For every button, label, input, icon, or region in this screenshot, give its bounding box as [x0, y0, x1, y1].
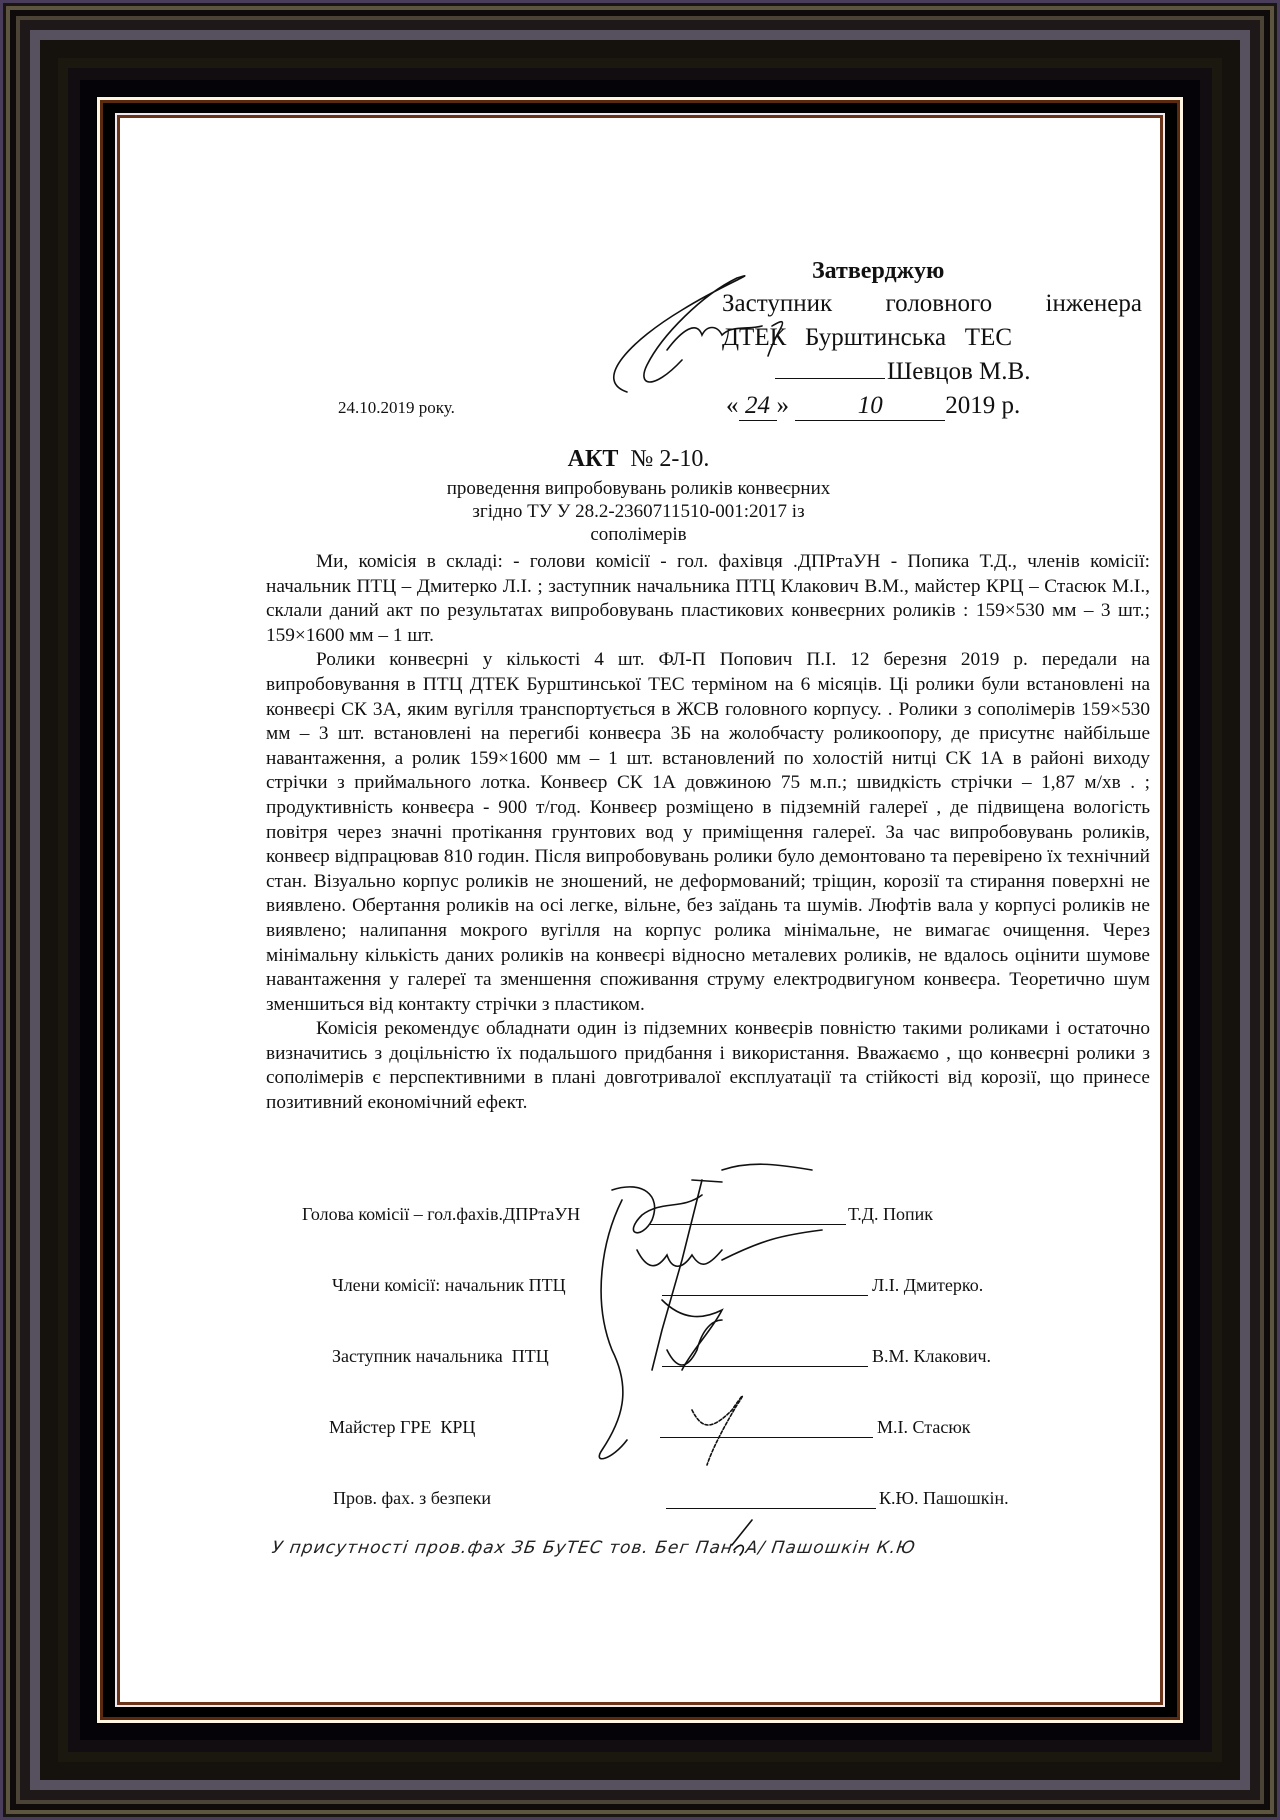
- approval-title: Затверджую: [812, 258, 944, 285]
- approval-date-day: 24: [739, 392, 777, 421]
- signature-name: Т.Д. Попик: [848, 1204, 933, 1225]
- signature-row: Голова комісії – гол.фахів.ДПРтаУН Т.Д. …: [302, 1204, 1122, 1230]
- act-subtitle-line: сополімерів: [122, 524, 1155, 546]
- act-paragraph: Ролики конвеєрні у кількості 4 шт. ФЛ-П …: [266, 648, 1150, 1017]
- handwritten-note: У присутності пров.фах ЗБ БуТЕС тов. Бег…: [271, 1538, 917, 1558]
- approval-date: «24» 102019 р.: [726, 392, 1020, 421]
- signature-role: Голова комісії – гол.фахів.ДПРтаУН: [302, 1204, 580, 1225]
- approval-position-word: інженера: [1046, 290, 1142, 318]
- signature-line: [666, 1508, 876, 1509]
- signature-line: [650, 1224, 846, 1225]
- act-title: АКТ № 2-10.: [122, 446, 1155, 473]
- signature-role: Майстер ГРЕ КРЦ: [329, 1417, 475, 1438]
- act-date: 24.10.2019 року.: [338, 398, 455, 418]
- signature-row: Майстер ГРЕ КРЦ М.І. Стасюк: [329, 1417, 1149, 1443]
- approval-position: Заступник головного інженера: [722, 290, 1142, 318]
- act-paragraph: Ми, комісія в складі: - голови комісії -…: [266, 550, 1150, 648]
- act-paragraph: Комісія рекомендує обладнати один із під…: [266, 1017, 1150, 1115]
- signature-row: Пров. фах. з безпеки К.Ю. Пашошкін.: [333, 1488, 1153, 1514]
- act-body: Ми, комісія в складі: - голови комісії -…: [266, 550, 1150, 1116]
- approval-signatory: Шевцов М.В.: [887, 358, 1030, 385]
- act-subtitle-line: згідно ТУ У 28.2-2360711510-001:2017 із: [122, 501, 1155, 523]
- approval-signatory-line: Шевцов М.В.: [775, 358, 1030, 386]
- approval-position-word: головного: [886, 290, 993, 318]
- approval-date-year: 2019 р.: [945, 392, 1020, 419]
- signature-row: Члени комісії: начальник ПТЦ Л.І. Дмитер…: [332, 1275, 1152, 1301]
- signature-line: [775, 378, 885, 379]
- signature-name: М.І. Стасюк: [877, 1417, 971, 1438]
- signature-role: Пров. фах. з безпеки: [333, 1488, 491, 1509]
- signature-name: В.М. Клакович.: [872, 1346, 991, 1367]
- signature-line: [660, 1437, 873, 1438]
- signature-line: [662, 1366, 868, 1367]
- approval-organization: ДТЕК Бурштинська ТЕС: [722, 324, 1012, 352]
- document-page: Затверджую Заступник головного інженера …: [122, 120, 1155, 1700]
- act-subtitle-line: проведення випробовувань роликів конвеєр…: [122, 478, 1155, 500]
- signature-role: Заступник начальника ПТЦ: [332, 1346, 549, 1367]
- signature-row: Заступник начальника ПТЦ В.М. Клакович.: [332, 1346, 1152, 1372]
- act-title-label: АКТ: [568, 446, 619, 472]
- signature-role: Члени комісії: начальник ПТЦ: [332, 1275, 566, 1296]
- signature-name: Л.І. Дмитерко.: [872, 1275, 983, 1296]
- approval-position-word: Заступник: [722, 290, 832, 318]
- act-number: № 2-10.: [630, 446, 709, 472]
- signature-name: К.Ю. Пашошкін.: [879, 1488, 1009, 1509]
- approval-date-month: 10: [795, 392, 945, 421]
- signature-line: [662, 1295, 868, 1296]
